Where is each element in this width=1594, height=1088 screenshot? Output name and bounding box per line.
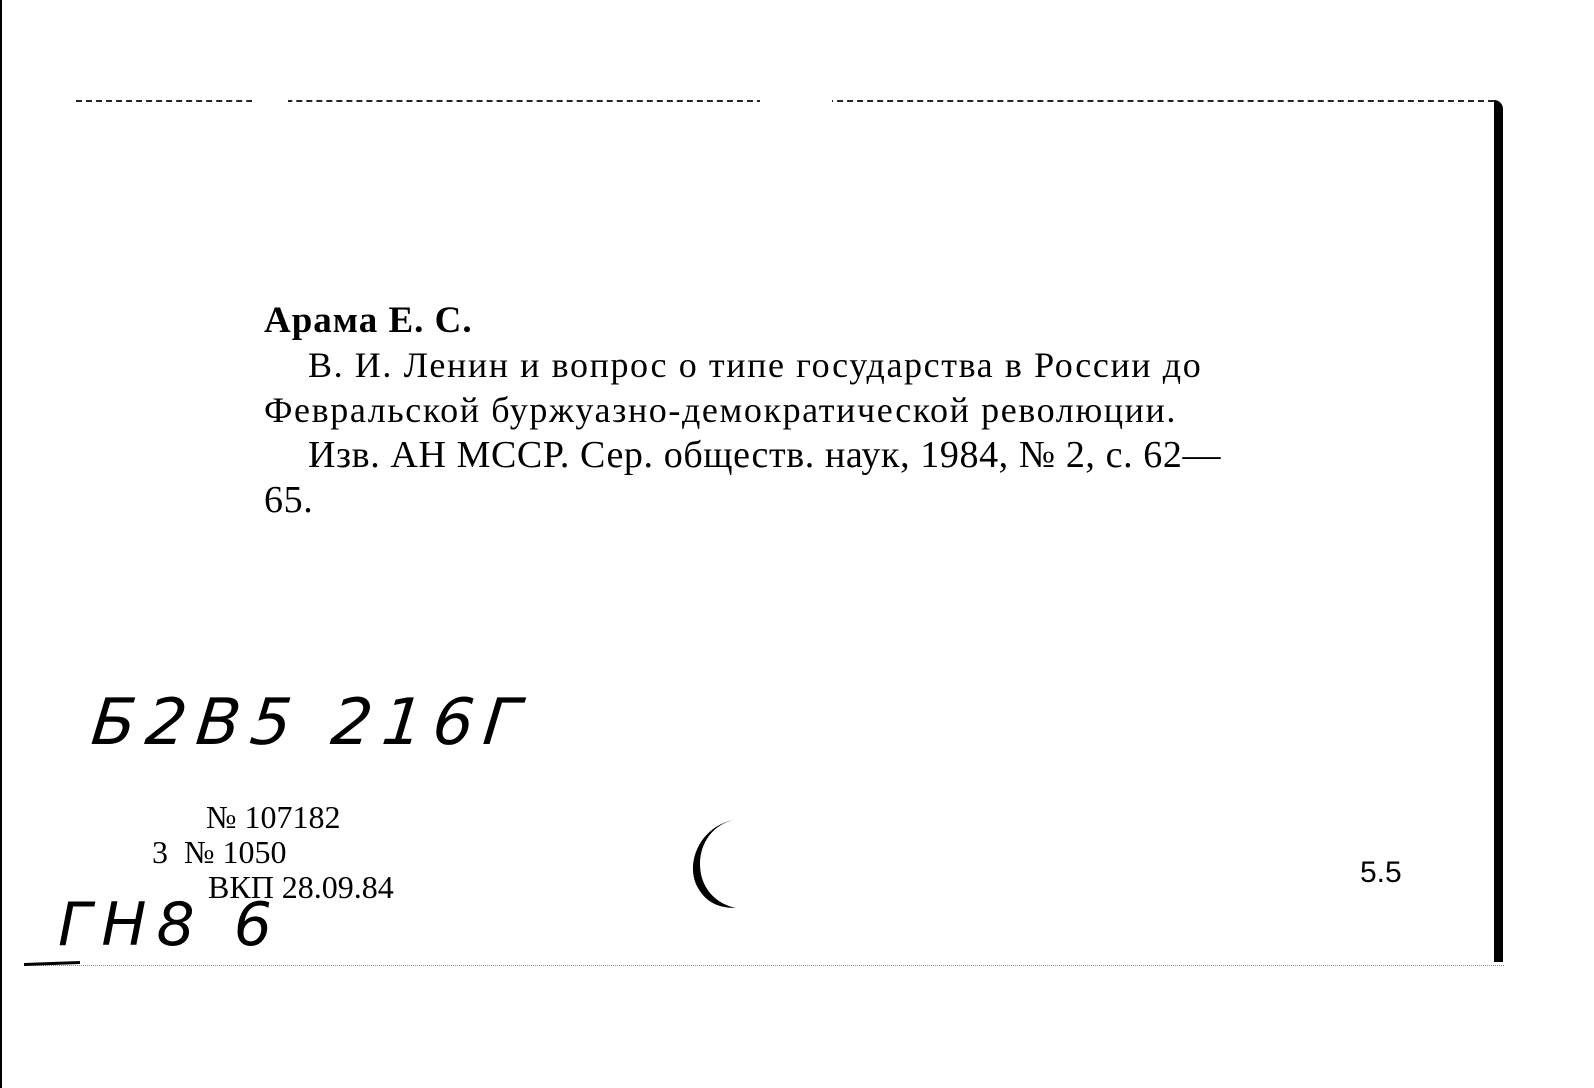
title-line-2: Февральской буржуазно-демократической ре…: [220, 388, 1177, 433]
card-bottom-edge: [24, 965, 1504, 966]
order-number: 3 № 1050: [152, 835, 287, 869]
source-citation: Изв. АН МССР. Сер. обществ. наук, 1984, …: [264, 433, 1424, 523]
accession-number: № 107182: [206, 800, 341, 834]
title-text: В. И. Ленин и вопрос о типе государства …: [264, 343, 1424, 433]
price-label: 5.5: [1360, 856, 1402, 890]
handwritten-location-code: ГН8 6: [58, 890, 282, 960]
card-edge-gap: [252, 98, 288, 104]
card-right-edge: [1494, 100, 1503, 962]
source-line-1: Изв. АН МССР. Сер. обществ. наук, 1984, …: [308, 434, 1221, 476]
title-line-1: В. И. Ленин и вопрос о типе государства …: [308, 345, 1202, 385]
card-edge-gap: [760, 98, 832, 104]
author-name: Арама Е. С.: [264, 298, 1424, 343]
scan-border-left: [0, 0, 2, 1088]
crescent-mark-icon: [688, 818, 768, 910]
bibliographic-entry: Арама Е. С. В. И. Ленин и вопрос о типе …: [264, 298, 1424, 523]
handwritten-classification-code: Б2В5 216Г: [88, 686, 533, 760]
source-line-2: 65.: [220, 478, 313, 523]
